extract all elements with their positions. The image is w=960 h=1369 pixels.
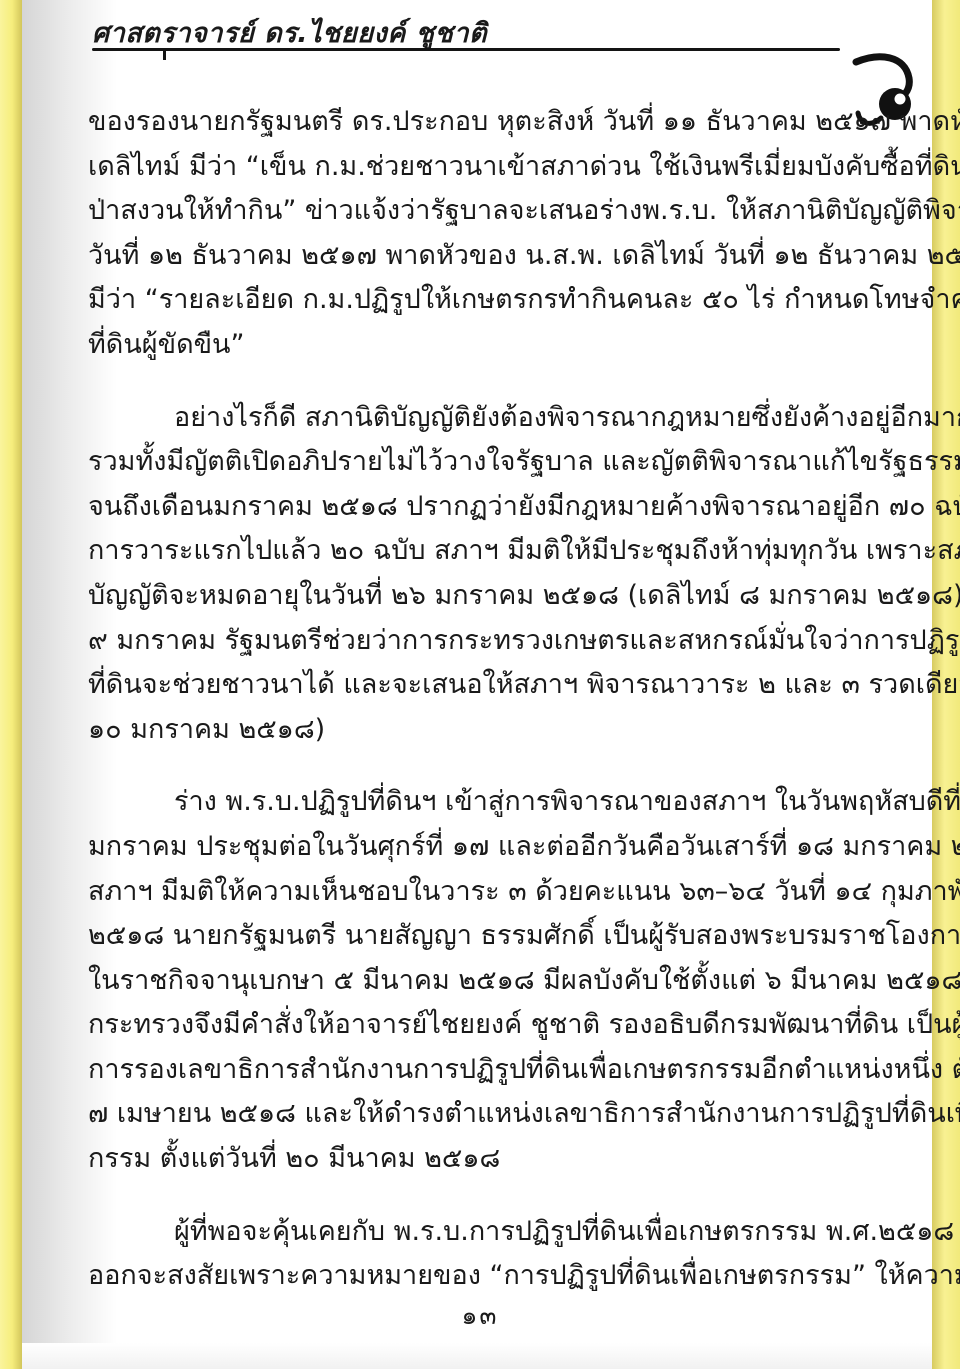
text-line: อย่างไรก็ดี สภานิติบัญญัติยังต้องพิจารณา… — [88, 396, 884, 441]
text-line: บัญญัติจะหมดอายุในวันที่ ๒๖ มกราคม ๒๕๑๘ … — [88, 574, 884, 619]
paragraph: ผู้ที่พอจะคุ้นเคยกับ พ.ร.บ.การปฏิรูปที่ด… — [88, 1210, 884, 1299]
page-edge-left — [0, 0, 22, 1369]
text-line: ๑๐ มกราคม ๒๕๑๘) — [88, 708, 884, 753]
header-rule-tick — [163, 51, 166, 60]
text-line: จนถึงเดือนมกราคม ๒๕๑๘ ปรากฏว่ายังมีกฎหมา… — [88, 485, 884, 530]
paragraph: ร่าง พ.ร.บ.ปฏิรูปที่ดินฯ เข้าสู่การพิจาร… — [88, 780, 884, 1181]
paragraph: ของรองนายกรัฐมนตรี ดร.ประกอบ หุตะสิงห์ ว… — [88, 100, 884, 368]
page-bottom-shadow — [22, 1343, 932, 1369]
text-line: ที่ดินผู้ขัดขืน” — [88, 323, 884, 368]
text-line: ร่าง พ.ร.บ.ปฏิรูปที่ดินฯ เข้าสู่การพิจาร… — [88, 780, 884, 825]
text-line: สภาฯ มีมติให้ความเห็นชอบในวาระ ๓ ด้วยคะแ… — [88, 870, 884, 915]
text-line: การวาระแรกไปแล้ว ๒๐ ฉบับ สภาฯ มีมติให้มี… — [88, 529, 884, 574]
text-line: ที่ดินจะช่วยชาวนาได้ และจะเสนอให้สภาฯ พิ… — [88, 663, 884, 708]
scanned-book-page: ศาสตราจารย์ ดร.ไชยยงค์ ชูชาติ ของรองนายก… — [0, 0, 960, 1369]
text-line: มกราคม ประชุมต่อในวันศุกร์ที่ ๑๗ และต่ออ… — [88, 825, 884, 870]
header-rule — [92, 48, 840, 51]
text-line: มีว่า “รายละเอียด ก.ม.ปฏิรูปให้เกษตรกรทำ… — [88, 278, 884, 323]
text-line: กรรม ตั้งแต่วันที่ ๒๐ มีนาคม ๒๕๑๘ — [88, 1137, 884, 1182]
text-line: การรองเลขาธิการสำนักงานการปฏิรูปที่ดินเพ… — [88, 1048, 884, 1093]
text-line: ออกจะสงสัยเพราะความหมายของ “การปฏิรูปที่… — [88, 1254, 884, 1299]
text-line: ๗ เมษายน ๒๕๑๘ และให้ดำรงตำแหน่งเลขาธิการ… — [88, 1092, 884, 1137]
text-line: เดลิไทม์ มีว่า “เข็น ก.ม.ช่วยชาวนาเข้าสภ… — [88, 145, 884, 190]
text-line: ในราชกิจจานุเบกษา ๕ มีนาคม ๒๕๑๘ มีผลบังค… — [88, 959, 884, 1004]
text-line: ๙ มกราคม รัฐมนตรีช่วยว่าการกระทรวงเกษตรแ… — [88, 619, 884, 664]
text-line: กระทรวงจึงมีคำสั่งให้อาจารย์ไชยยงค์ ชูชา… — [88, 1003, 884, 1048]
text-line: รวมทั้งมีญัตติเปิดอภิปรายไม่ไว้วางใจรัฐบ… — [88, 440, 884, 485]
text-line: ผู้ที่พอจะคุ้นเคยกับ พ.ร.บ.การปฏิรูปที่ด… — [88, 1210, 884, 1255]
page-number: ๑๓ — [0, 1296, 960, 1336]
text-line: ป่าสงวนให้ทำกิน” ข่าวแจ้งว่ารัฐบาลจะเสนอ… — [88, 189, 884, 234]
text-line: ของรองนายกรัฐมนตรี ดร.ประกอบ หุตะสิงห์ ว… — [88, 100, 884, 145]
paragraph: อย่างไรก็ดี สภานิติบัญญัติยังต้องพิจารณา… — [88, 396, 884, 753]
text-line: ๒๕๑๘ นายกรัฐมนตรี นายสัญญา ธรรมศักดิ์ เป… — [88, 914, 884, 959]
body-text: ของรองนายกรัฐมนตรี ดร.ประกอบ หุตะสิงห์ ว… — [88, 100, 884, 1327]
text-line: วันที่ ๑๒ ธันวาคม ๒๕๑๗ พาดหัวของ น.ส.พ. … — [88, 234, 884, 279]
